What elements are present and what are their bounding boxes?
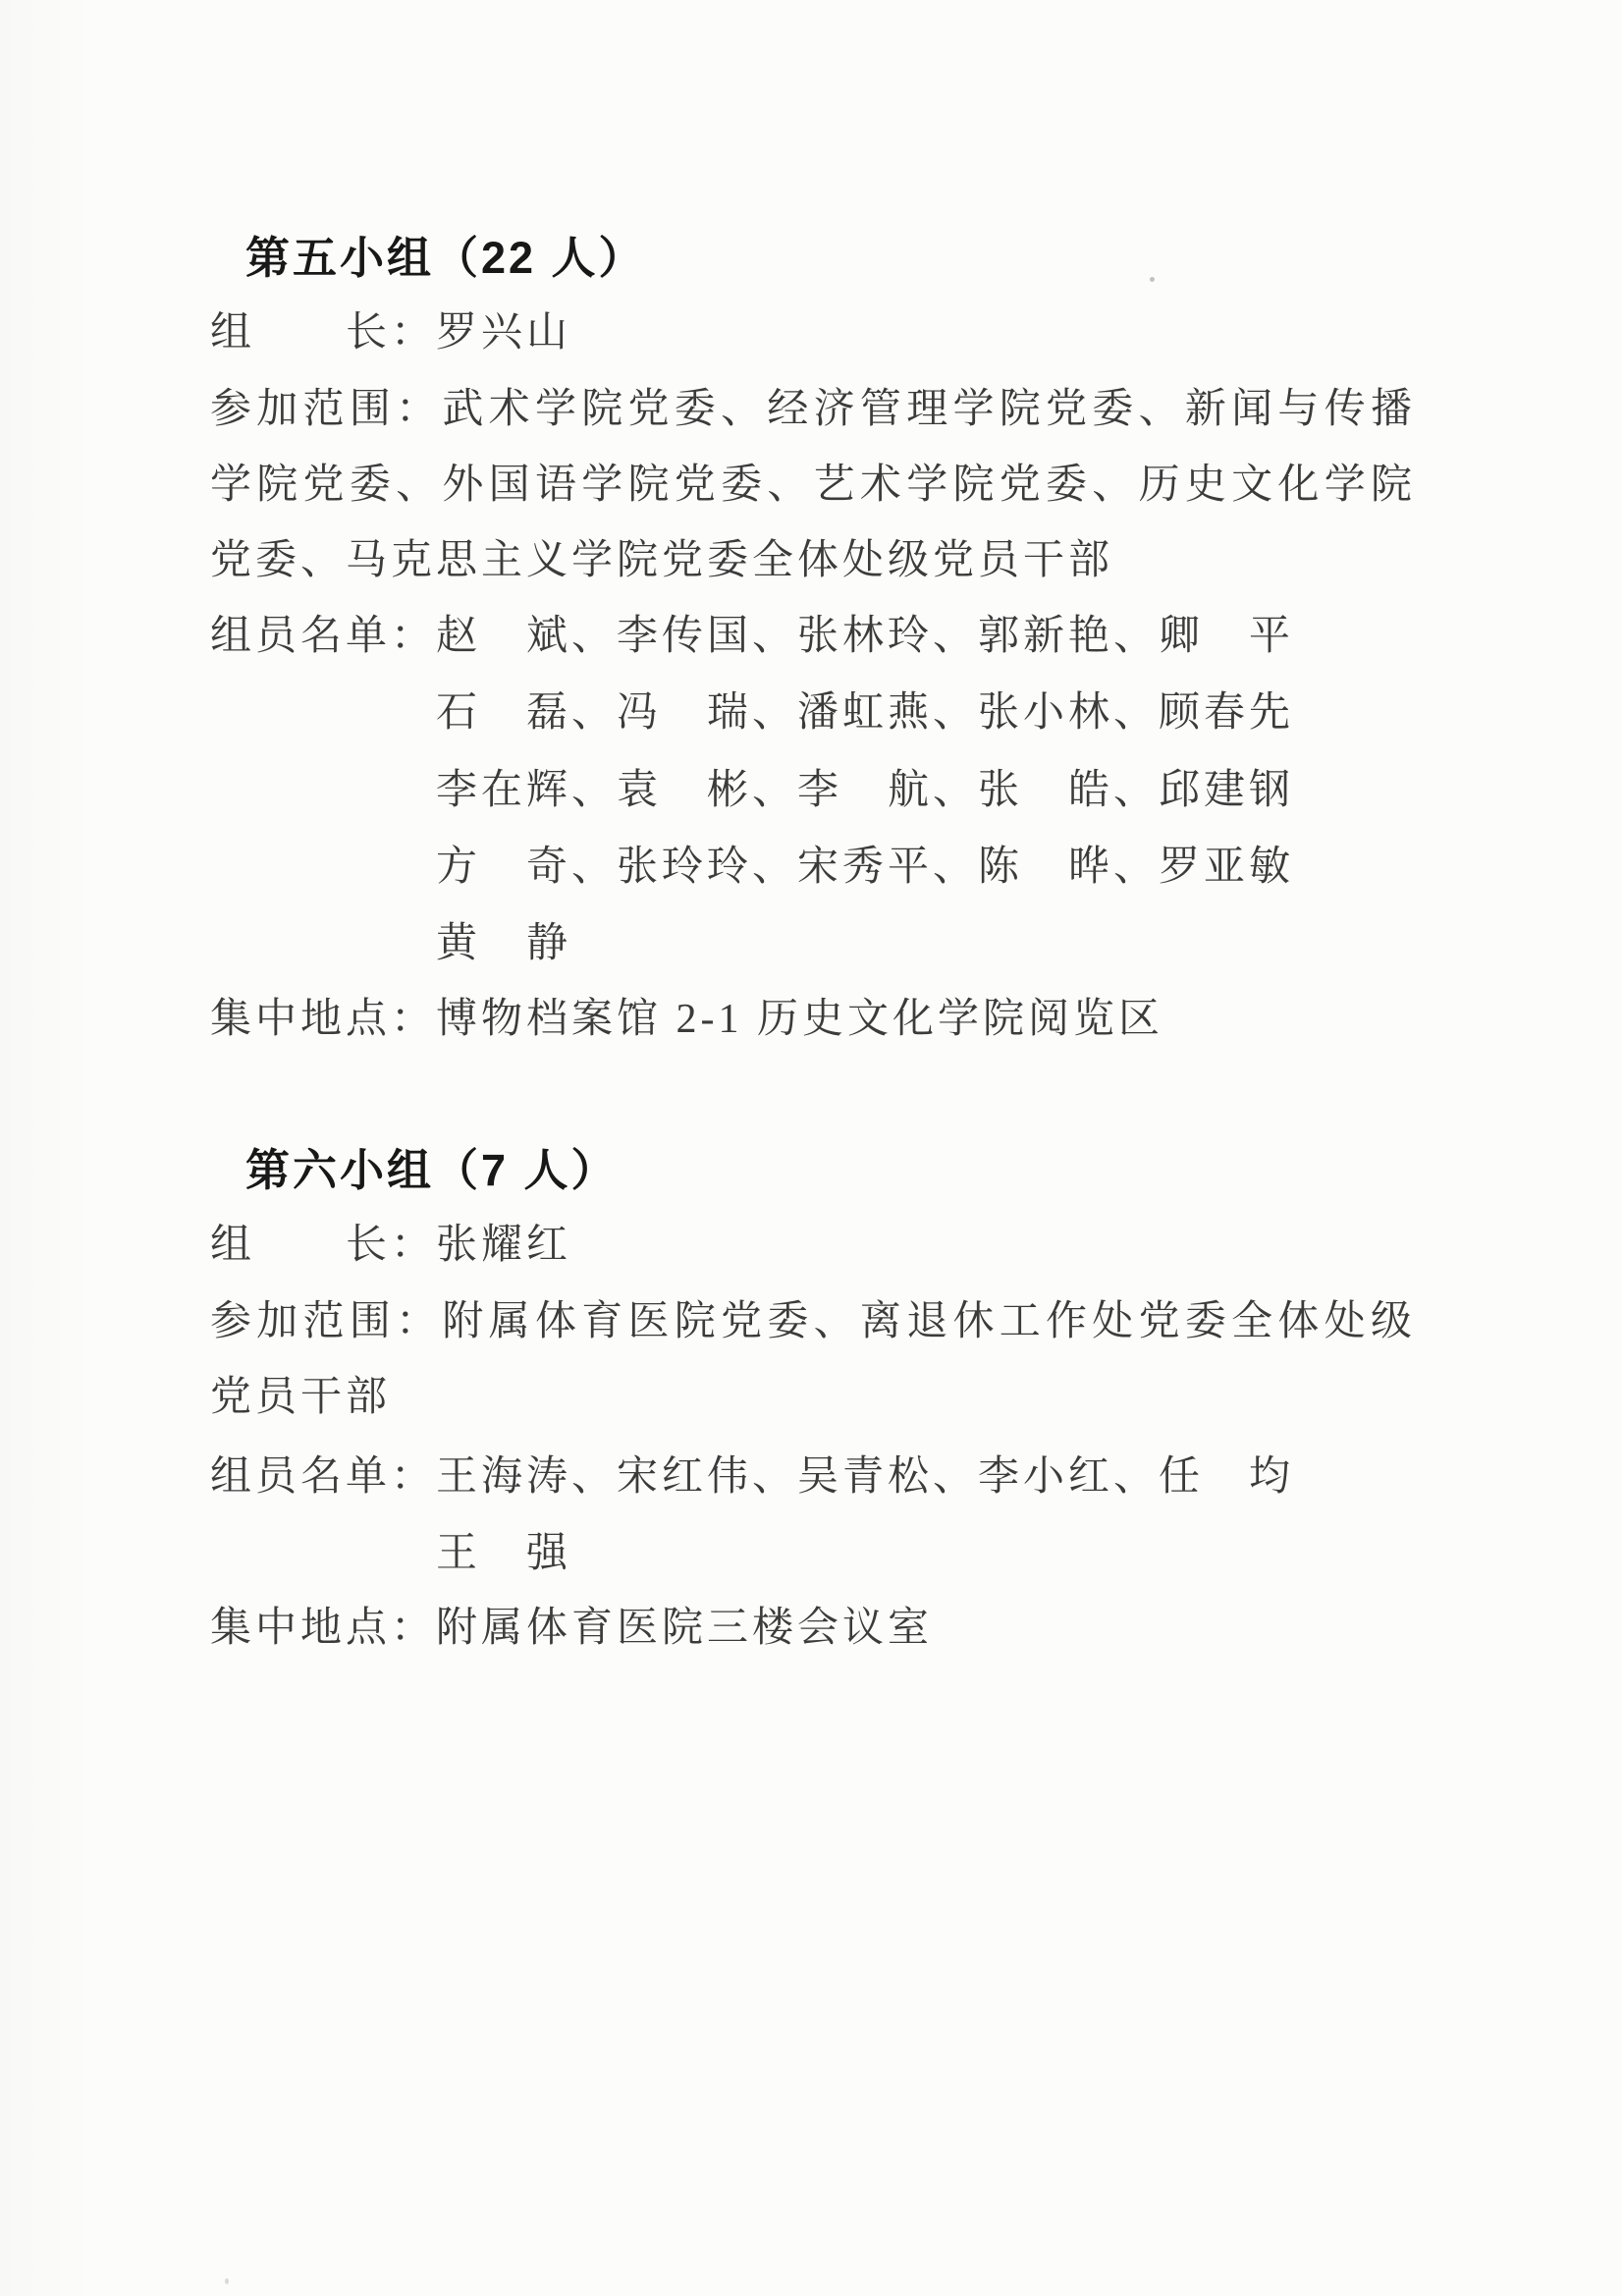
group-5-leader-line: 组 长：罗兴山 [210, 306, 571, 359]
group-6-scope-text-1: 附属体育医院党委、离退休工作处党委全体处级 [442, 1299, 1414, 1344]
group-6-members-text-1: 王海涛、宋红伟、吴青松、李小红、任 均 [436, 1454, 1294, 1500]
group-5-title: 第五小组（22 人） [245, 232, 646, 285]
group-6-scope-label: 参加范围： [210, 1299, 442, 1344]
group-5-members-line-1: 组员名单：赵 斌、李传国、张林玲、郭新艳、卿 平 [210, 610, 1294, 663]
group-6-members-line-2: 王 强 [436, 1527, 571, 1580]
group-5-members-line-4: 方 奇、张玲玲、宋秀平、陈 晔、罗亚敏 [436, 841, 1294, 894]
group-6-title: 第六小组（7 人） [245, 1144, 619, 1197]
group-6-location-label: 集中地点： [210, 1606, 436, 1651]
group-6-leader-label: 组 长： [210, 1223, 436, 1268]
group-5-location-value: 博物档案馆 2-1 历史文化学院阅览区 [436, 997, 1163, 1042]
scanned-document-page: 第五小组（22 人） 组 长：罗兴山 参加范围：武术学院党委、经济管理学院党委、… [0, 0, 1622, 2296]
group-5-members-text-1: 赵 斌、李传国、张林玲、郭新艳、卿 平 [436, 614, 1294, 659]
group-5-scope-line-1: 参加范围：武术学院党委、经济管理学院党委、新闻与传播 [210, 383, 1414, 436]
group-5-members-line-2: 石 磊、冯 瑞、潘虹燕、张小林、顾春先 [436, 686, 1294, 739]
scan-speckle [225, 2278, 229, 2284]
group-5-scope-label: 参加范围： [210, 387, 442, 432]
group-5-members-label: 组员名单： [210, 614, 436, 659]
group-6-scope-line-1: 参加范围：附属体育医院党委、离退休工作处党委全体处级 [210, 1295, 1414, 1348]
group-6-leader-name: 张耀红 [436, 1223, 571, 1268]
group-6-members-label: 组员名单： [210, 1454, 436, 1500]
group-5-location-label: 集中地点： [210, 997, 436, 1042]
group-6-members-line-1: 组员名单：王海涛、宋红伟、吴青松、李小红、任 均 [210, 1450, 1294, 1503]
group-5-scope-line-2: 学院党委、外国语学院党委、艺术学院党委、历史文化学院 [210, 459, 1414, 512]
scan-speckle [1150, 277, 1155, 282]
group-5-location-line: 集中地点：博物档案馆 2-1 历史文化学院阅览区 [210, 993, 1163, 1046]
group-5-leader-name: 罗兴山 [436, 310, 571, 355]
group-5-scope-line-3: 党委、马克思主义学院党委全体处级党员干部 [210, 534, 1113, 587]
group-6-location-value: 附属体育医院三楼会议室 [436, 1606, 933, 1651]
group-5-members-line-5: 黄 静 [436, 917, 571, 970]
group-6-location-line: 集中地点：附属体育医院三楼会议室 [210, 1602, 933, 1655]
group-5-scope-text-1: 武术学院党委、经济管理学院党委、新闻与传播 [442, 387, 1414, 432]
group-5-members-line-3: 李在辉、袁 彬、李 航、张 皓、邱建钢 [436, 764, 1294, 817]
group-6-scope-line-2: 党员干部 [210, 1371, 391, 1424]
group-6-leader-line: 组 长：张耀红 [210, 1219, 571, 1272]
group-5-leader-label: 组 长： [210, 310, 436, 355]
